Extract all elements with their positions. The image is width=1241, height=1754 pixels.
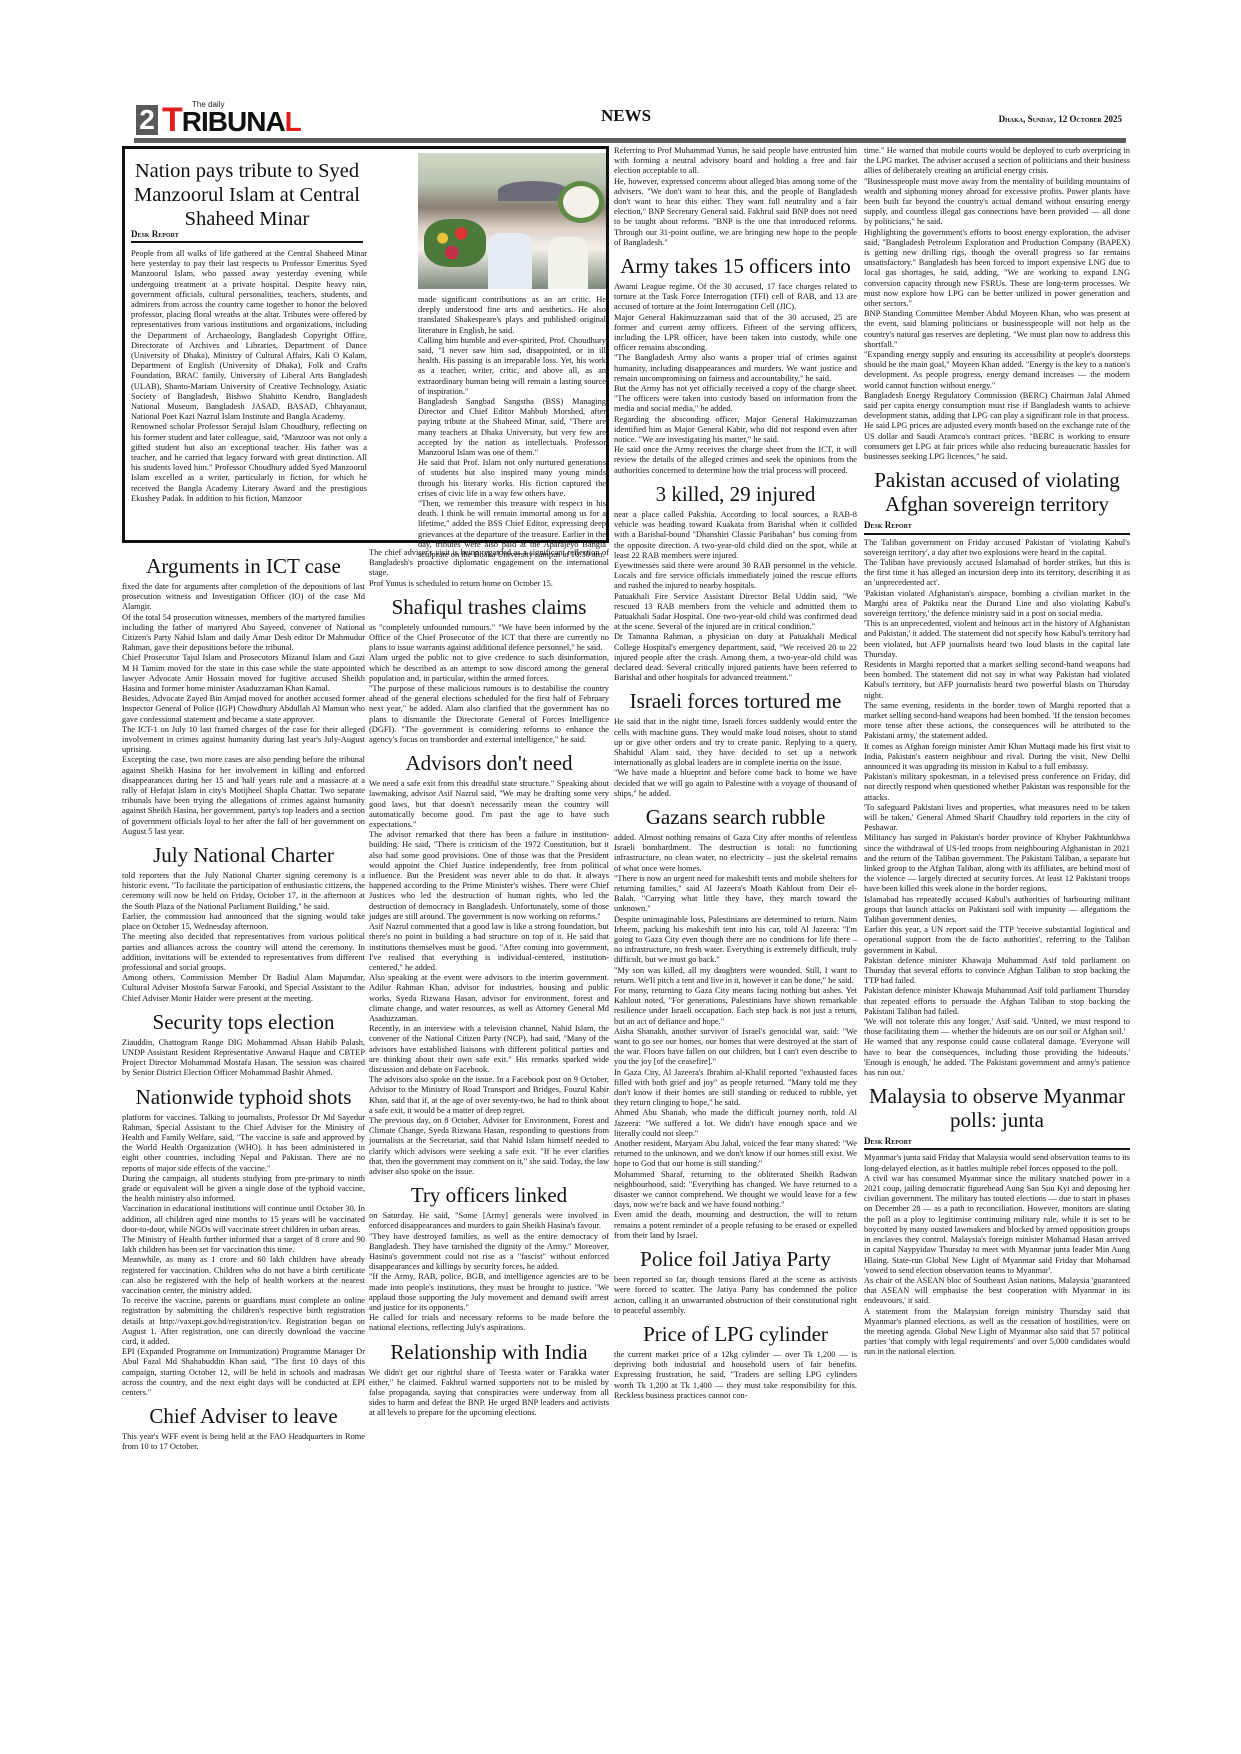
paragraph: Alam urged the public not to give creden…	[369, 653, 609, 684]
headline-police: Police foil Jatiya Party	[614, 1247, 857, 1271]
paragraph: For many, returning to Gaza City means f…	[614, 986, 857, 1027]
paragraph: People from all walks of life gathered a…	[131, 249, 367, 422]
headline-malaysia: Malaysia to observe Myanmar polls: junta	[864, 1084, 1130, 1132]
paragraph: "If the Army, RAB, police, BGB, and inte…	[369, 1272, 609, 1313]
headline-gazans: Gazans search rubble	[614, 805, 857, 829]
paragraph: He said once the Army receives the charg…	[614, 445, 857, 476]
paragraph: He warned that any response could cause …	[864, 1037, 1130, 1078]
paragraph: Among others, Commission Member Dr Badiu…	[122, 973, 365, 1004]
paragraph: Regarding the absconding officer, Major …	[614, 415, 857, 446]
paragraph: Pakistan's military spokesman, in a tele…	[864, 772, 1130, 803]
paragraph: He said that in the night time, Israeli …	[614, 717, 857, 768]
paragraph: Residents in Marghi reported that a mark…	[864, 660, 1130, 701]
paragraph: Calling him humble and ever-spirited, Pr…	[418, 336, 606, 397]
paragraph: Chief Prosecutor Tajul Islam and Prosecu…	[122, 653, 365, 694]
feature-headline: Nation pays tribute to Syed Manzoorul Is…	[131, 159, 363, 231]
paragraph: Pakistan defence minister Khawaja Muhamm…	[864, 986, 1130, 1017]
paragraph: But the Army has not yet officially rece…	[614, 384, 857, 415]
paragraph: The advisors also spoke on the issue. In…	[369, 1075, 609, 1116]
paragraph: time." He warned that mobile courts woul…	[864, 146, 1130, 177]
column-3: Referring to Prof Muhammad Yunus, he sai…	[614, 146, 857, 1401]
headline-ict: Arguments in ICT case	[122, 554, 365, 578]
paragraph: Highlighting the government's efforts to…	[864, 228, 1130, 310]
paragraph: BNP Standing Committee Member Abdul Moye…	[864, 309, 1130, 350]
paragraph: Awami League regime. Of the 30 accused, …	[614, 282, 857, 313]
column-2: The chief adviser's visit is being regar…	[369, 548, 609, 1419]
feature-article: Nation pays tribute to Syed Manzoorul Is…	[122, 146, 609, 543]
paragraph: Dr Tamanna Rahman, a physician on duty a…	[614, 632, 857, 683]
feature-photo	[418, 153, 606, 289]
headline-killed: 3 killed, 29 injured	[614, 482, 857, 506]
paragraph: Of the total 54 prosecution witnesses, m…	[122, 613, 365, 654]
paragraph: the current market price of a 12kg cylin…	[614, 1350, 857, 1401]
masthead-rule	[134, 138, 1126, 143]
paragraph: 'Pakistan violated Afghanistan's airspac…	[864, 589, 1130, 620]
feature-byline: Desk Report	[131, 229, 363, 243]
paragraph: He said LPG prices are adjusted every mo…	[864, 421, 1130, 462]
paragraph: "We have made a blueprint and before com…	[614, 768, 857, 799]
paragraph: To receive the vaccine, parents or guard…	[122, 1296, 365, 1347]
paragraph: "They have destroyed families, as well a…	[369, 1232, 609, 1273]
paragraph: "Expanding energy supply and ensuring it…	[864, 350, 1130, 391]
paragraph: Asif Nazrul commented that a good law is…	[369, 922, 609, 973]
paragraph: The meeting also decided that representa…	[122, 932, 365, 973]
paragraph: near a place called Pakshia. According t…	[614, 510, 857, 561]
paragraph: 'We will not tolerate this any longer,' …	[864, 1017, 1130, 1037]
paragraph: added. Almost nothing remains of Gaza Ci…	[614, 833, 857, 874]
person-shape	[548, 237, 588, 289]
paragraph: He called for trials and necessary refor…	[369, 1313, 609, 1333]
headline-try-officers: Try officers linked	[369, 1183, 609, 1207]
paragraph: told reporters that the July National Ch…	[122, 871, 365, 912]
column-4: time." He warned that mobile courts woul…	[864, 146, 1130, 1358]
flowers-shape	[424, 219, 486, 267]
paragraph: Earlier this year, a UN report said the …	[864, 925, 1130, 956]
paragraph: made significant contributions as an art…	[418, 295, 606, 336]
paragraph: The same evening, residents in the borde…	[864, 701, 1130, 742]
feature-body-col2: made significant contributions as an art…	[418, 295, 606, 560]
paragraph: Eyewitnesses said there were around 30 R…	[614, 561, 857, 592]
column-1: Arguments in ICT case fixed the date for…	[122, 548, 365, 1453]
dateline: Dhaka, Sunday, 12 October 2025	[999, 114, 1122, 124]
byline: Desk Report	[864, 520, 1130, 534]
paragraph: Bangladesh Energy Regulatory Commission …	[864, 391, 1130, 422]
paragraph: Excepting the case, two more cases are a…	[122, 755, 365, 837]
section-title: NEWS	[122, 106, 1130, 126]
paragraph: Renowned scholar Professor Serajul Islam…	[131, 422, 367, 504]
headline-india: Relationship with India	[369, 1340, 609, 1364]
paragraph: A civil war has consumed Myanmar since t…	[864, 1174, 1130, 1276]
headline-shafiqul: Shafiqul trashes claims	[369, 595, 609, 619]
paragraph: fixed the date for arguments after compl…	[122, 582, 365, 613]
paragraph: platform for vaccines. Talking to journa…	[122, 1113, 365, 1174]
paragraph: Ahmed Abu Shanab, who made the difficult…	[614, 1108, 857, 1139]
paragraph: Aisha Shanakh, another survivor of Israe…	[614, 1027, 857, 1068]
paragraph: Recently, in an interview with a televis…	[369, 1024, 609, 1075]
paragraph: Besides, Advocate Zayed Bin Amjad moved …	[122, 694, 365, 725]
paragraph: Vaccination in educational institutions …	[122, 1204, 365, 1235]
paragraph: "Businesspeople must move away from the …	[864, 177, 1130, 228]
paragraph: Militancy has surged in Pakistan's borde…	[864, 833, 1130, 894]
paragraph: Prof Yunus is scheduled to return home o…	[369, 579, 609, 589]
paragraph: "The purpose of these malicious rumours …	[369, 684, 609, 745]
paragraph: This year's WFF event is being held at t…	[122, 1432, 365, 1452]
paragraph: been reported so far, though tensions fl…	[614, 1275, 857, 1316]
person-shape	[488, 233, 532, 289]
paragraph: The Ministry of Health further informed …	[122, 1235, 365, 1255]
headline-charter: July National Charter	[122, 843, 365, 867]
headline-army: Army takes 15 officers into	[614, 254, 857, 278]
paragraph: During the campaign, all students studyi…	[122, 1174, 365, 1205]
paragraph: Referring to Prof Muhammad Yunus, he sai…	[614, 146, 857, 177]
wreath-shape	[558, 181, 604, 223]
paragraph: Meanwhile, as many as 1 crore and 60 lak…	[122, 1255, 365, 1296]
paragraph: as "completely unfounded rumours." "We h…	[369, 623, 609, 654]
paragraph: Bangladesh Sangbad Sangstha (BSS) Managi…	[418, 397, 606, 458]
byline: Desk Report	[864, 1136, 1130, 1150]
paragraph: We need a safe exit from this dreadful s…	[369, 779, 609, 830]
paragraph: Another resident, Maryam Abu Jahal, voic…	[614, 1139, 857, 1170]
headline-pakistan: Pakistan accused of violating Afghan sov…	[864, 468, 1130, 516]
paragraph: We didn't get our rightful share of Tees…	[369, 1368, 609, 1419]
headline-chief-adviser: Chief Adviser to leave	[122, 1404, 365, 1428]
paragraph: on Saturday. He said, "Some [Army] gener…	[369, 1211, 609, 1231]
paragraph: Mohammed Sharaf, returning to the oblite…	[614, 1170, 857, 1211]
paragraph: A statement from the Malaysian foreign m…	[864, 1307, 1130, 1358]
paragraph: As chair of the ASEAN bloc of Southeast …	[864, 1276, 1130, 1307]
paragraph: 'To safeguard Pakistani lives and proper…	[864, 803, 1130, 834]
paragraph: Also speaking at the event were advisors…	[369, 973, 609, 1024]
paragraph: The ICT-1 on July 10 last framed charges…	[122, 725, 365, 756]
paragraph: The Taliban government on Friday accused…	[864, 538, 1130, 558]
headline-israeli: Israeli forces tortured me	[614, 689, 857, 713]
paragraph: "My son was killed, all my daughters wer…	[614, 966, 857, 986]
paragraph: Myanmar's junta said Friday that Malaysi…	[864, 1153, 1130, 1173]
paragraph: Ziauddin, Chattogram Range DIG Mohammad …	[122, 1038, 365, 1079]
paragraph: Islamabad has repeatedly accused Kabul's…	[864, 895, 1130, 926]
paragraph: "There is now an urgent need for makeshi…	[614, 874, 857, 915]
paragraph: 'This is an unprecedented, violent and h…	[864, 619, 1130, 660]
paragraph: He said that Prof. Islam not only nurtur…	[418, 458, 606, 499]
feature-body-col1: People from all walks of life gathered a…	[131, 249, 367, 504]
paragraph: Despite unimaginable loss, Palestinians …	[614, 915, 857, 966]
paragraph: The advisor remarked that there has been…	[369, 830, 609, 922]
headline-advisors: Advisors don't need	[369, 751, 609, 775]
paragraph: It comes as Afghan foreign minister Amir…	[864, 742, 1130, 773]
paragraph: Earlier, the commission had announced th…	[122, 912, 365, 932]
paragraph: "The Bangladesh Army also wants a proper…	[614, 353, 857, 384]
paragraph: The previous day, on 8 October, Adviser …	[369, 1116, 609, 1177]
paragraph: Even amid the death, mourning and destru…	[614, 1210, 857, 1241]
headline-lpg: Price of LPG cylinder	[614, 1322, 857, 1346]
paragraph: Major General Hakimuzzaman said that of …	[614, 313, 857, 354]
paragraph: He, however, expressed concerns about al…	[614, 177, 857, 248]
headline-typhoid: Nationwide typhoid shots	[122, 1085, 365, 1109]
headline-security: Security tops election	[122, 1010, 365, 1034]
masthead: 2 The daily TRIBUNAL NEWS Dhaka, Sunday,…	[122, 100, 1130, 144]
paragraph: The Taliban have previously accused Isla…	[864, 558, 1130, 589]
paragraph: Patuakhali Fire Service Assistant Direct…	[614, 592, 857, 633]
paragraph: Pakistan defence minister Khawaja Muhamm…	[864, 956, 1130, 987]
paragraph: EPI (Expanded Programme on Immunization)…	[122, 1347, 365, 1398]
paragraph: The chief adviser's visit is being regar…	[369, 548, 609, 579]
paragraph: In Gaza City, Al Jazeera's Ibrahim al-Kh…	[614, 1068, 857, 1109]
